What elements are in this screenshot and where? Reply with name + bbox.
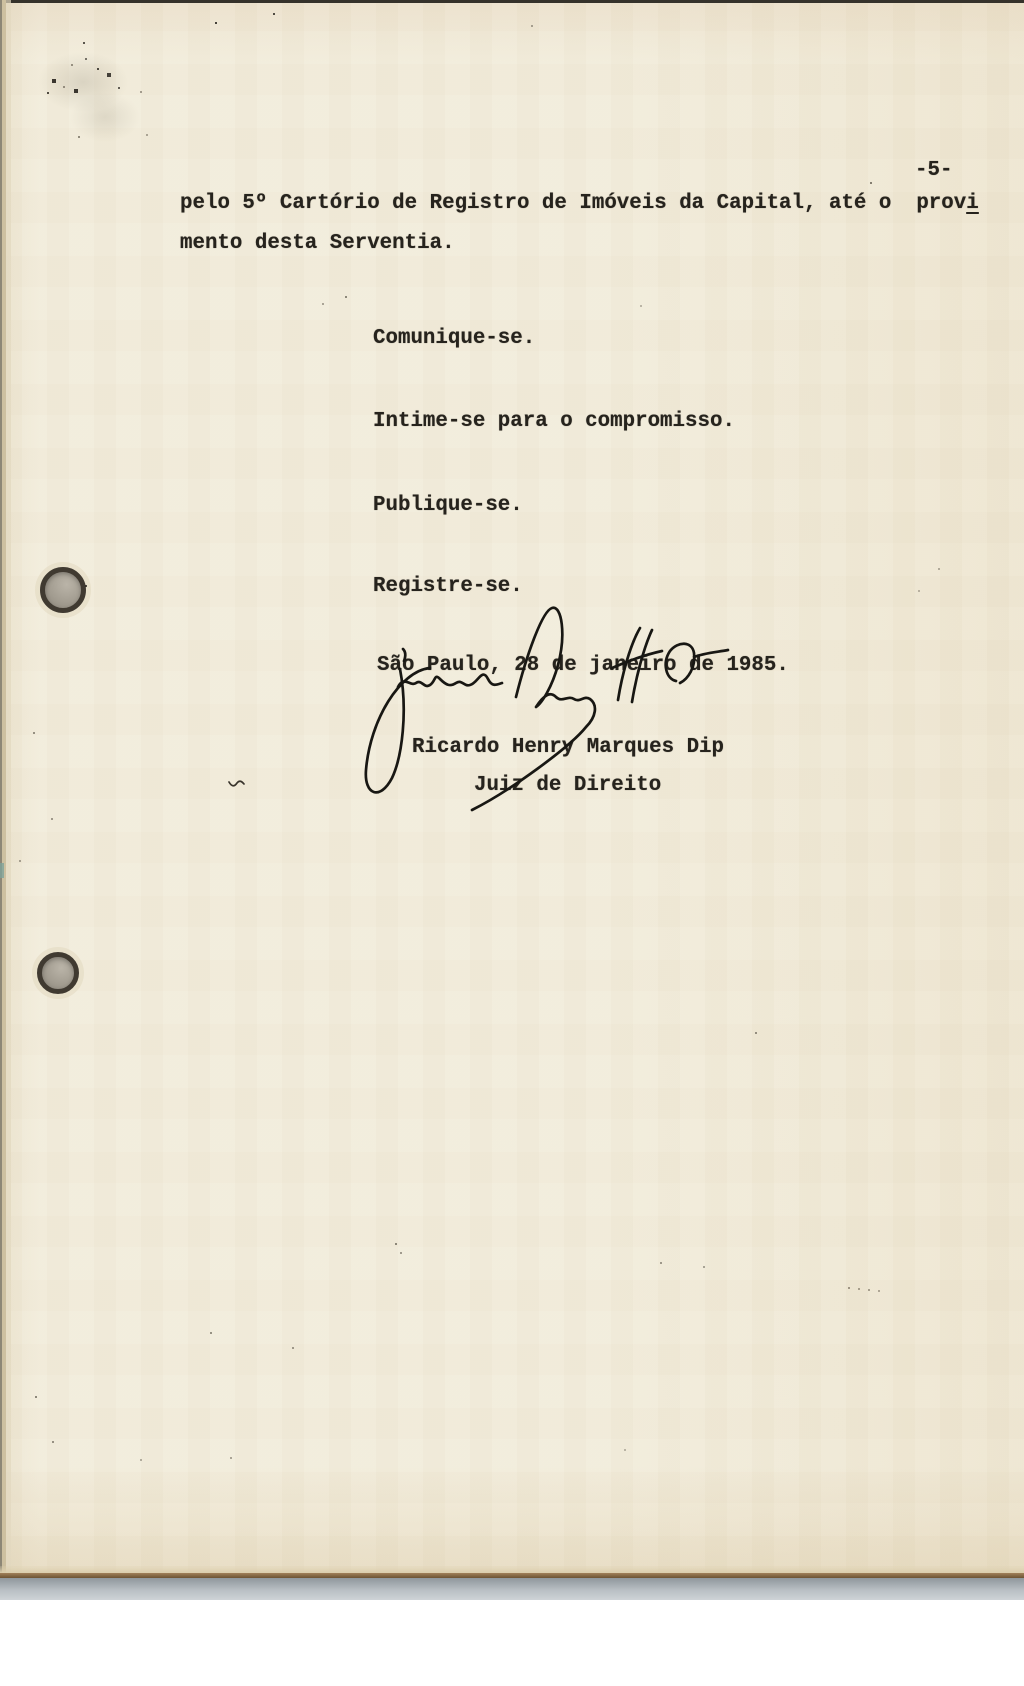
page-left-edge [0,0,11,1577]
order-line-intime: Intime-se para o compromisso. [373,409,735,435]
page-bottom-shade [0,1566,1024,1573]
page-top-edge [3,0,1024,3]
body-line-1-text: pelo 5º Cartório de Registro de Imóveis … [180,192,966,215]
signatory-title: Juiz de Direito [474,773,661,799]
hyphenation-underline: i [966,192,978,215]
order-line-registre: Registre-se. [373,574,523,600]
dateline: São Paulo, 28 de janeiro de 1985. [377,653,789,679]
edge-mark [0,863,4,878]
scanner-strip [0,1578,1024,1600]
signatory-name: Ricardo Henry Marques Dip [412,735,724,761]
page-number: -5- [915,158,952,184]
scanned-document: -5- pelo 5º Cartório de Registro de Imóv… [0,0,1024,1686]
punch-hole-top [40,567,86,613]
body-line-1: pelo 5º Cartório de Registro de Imóveis … [180,191,979,217]
punch-hole-bottom [37,952,79,994]
order-line-publique: Publique-se. [373,493,523,519]
body-line-2: mento desta Serventia. [180,231,455,257]
order-line-comunique: Comunique-se. [373,326,535,352]
